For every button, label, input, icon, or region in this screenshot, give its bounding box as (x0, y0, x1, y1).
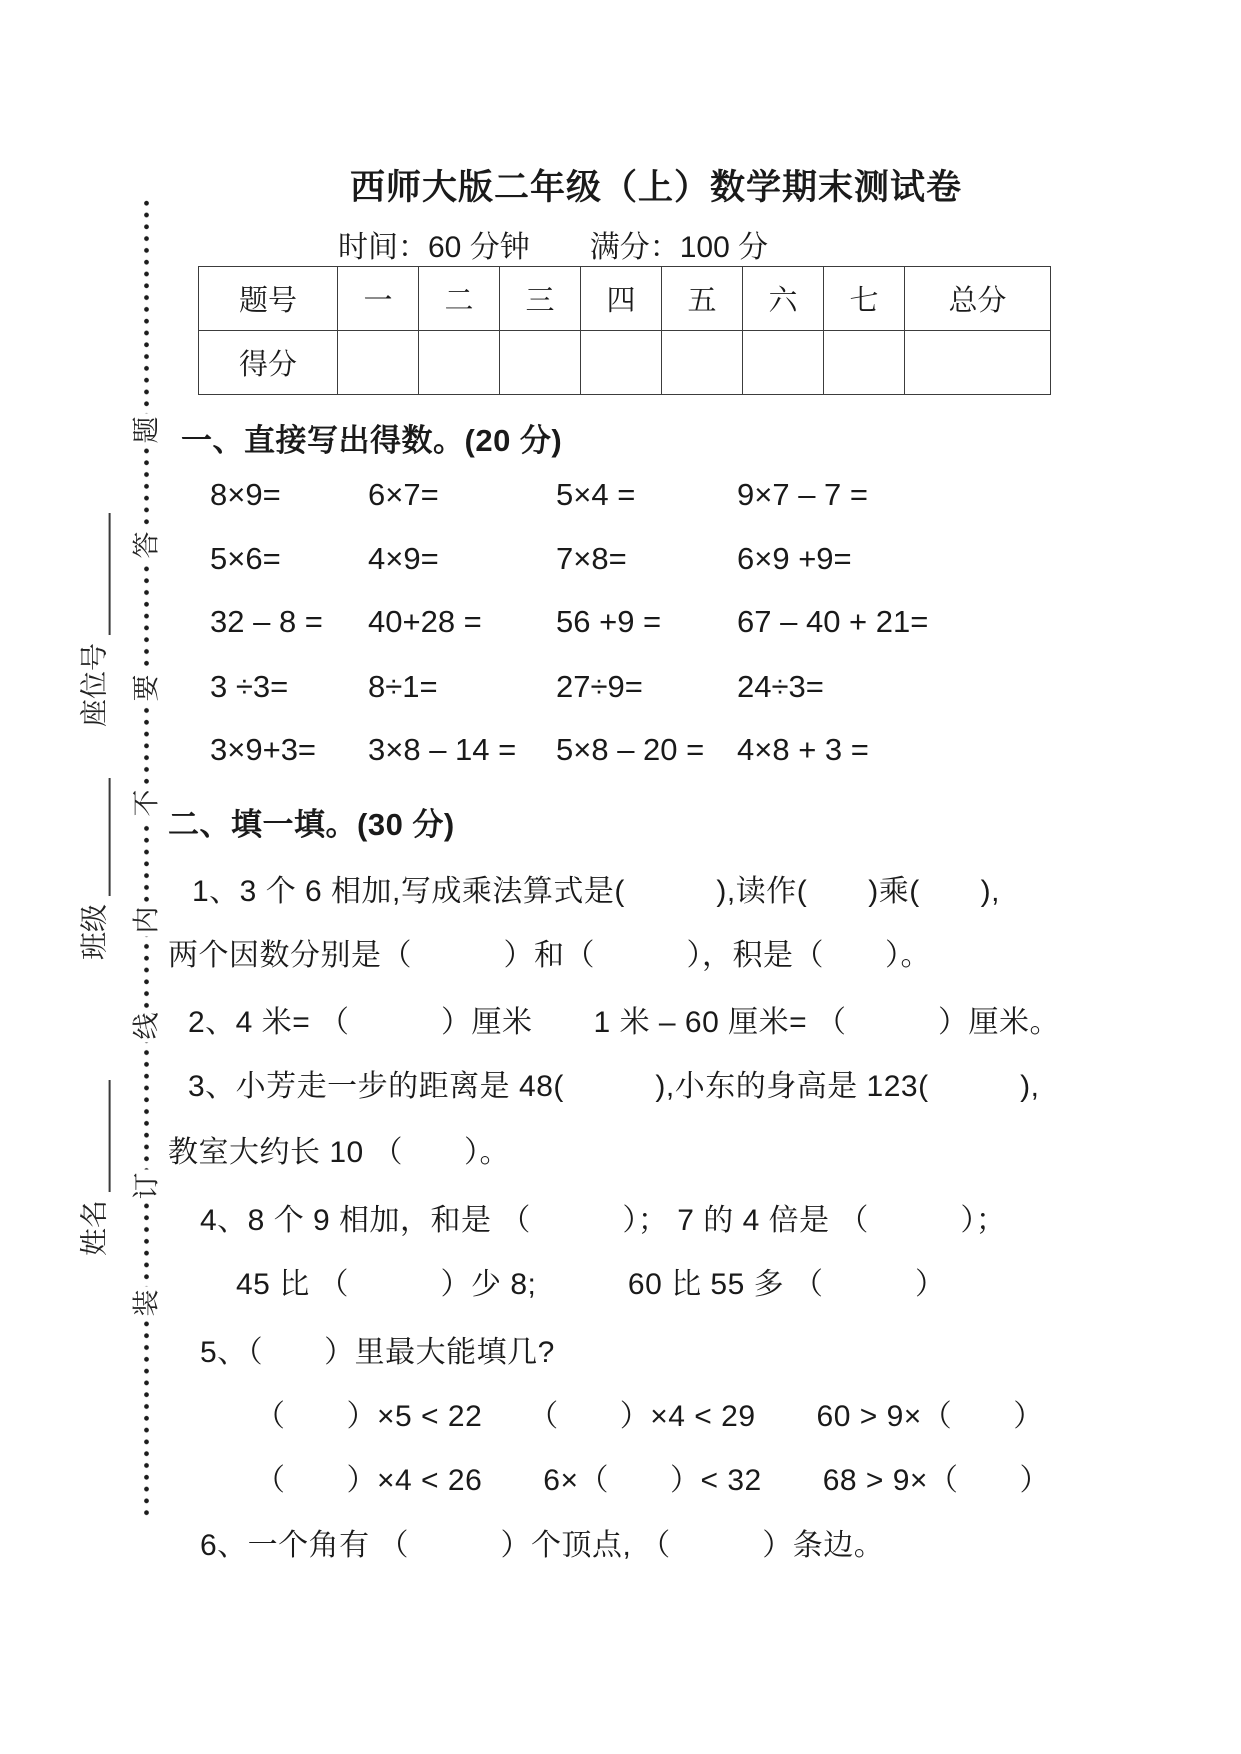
score-cell-4 (581, 331, 662, 395)
binding-char-bu: 不 (128, 787, 167, 820)
equation: 5×8 – 20 = (556, 732, 737, 768)
binding-char-xian: 线 (128, 1010, 167, 1043)
equation: 6×7= (368, 477, 556, 513)
score-cell-3 (500, 331, 581, 395)
equation: 9×7 – 7 = (737, 477, 1060, 513)
seat-number-field: 座位号 (80, 513, 111, 727)
binding-char-da: 答 (128, 529, 167, 562)
score-cell-total (905, 331, 1051, 395)
equation: 8÷1= (368, 669, 556, 705)
fill-q1-line1: 1、3 个 6 相加,写成乘法算式是( ),读作( )乘( ), (192, 866, 1000, 910)
score-table: 题号 一 二 三 四 五 六 七 总分 得分 (198, 266, 1051, 395)
paper-title: 西师大版二年级（上）数学期末测试卷 (350, 160, 962, 210)
class-blank (80, 778, 110, 896)
equation: 5×6= (210, 541, 368, 577)
score-label-cell: 得分 (199, 331, 338, 395)
equation: 7×8= (556, 541, 737, 577)
equation: 24÷3= (737, 669, 1060, 705)
equation: 67 – 40 + 21= (737, 604, 1060, 640)
qnum-col-3: 三 (500, 267, 581, 331)
score-cell-5 (662, 331, 743, 395)
binding-char-ding: 订 (128, 1170, 167, 1203)
qnum-col-1: 一 (338, 267, 419, 331)
qnum-col-total: 总分 (905, 267, 1051, 331)
fill-q4-line2: 45 比 （ ）少 8; 60 比 55 多 （ ） (236, 1259, 945, 1303)
binding-char-nei: 内 (128, 904, 167, 937)
score-table-score-row: 得分 (199, 331, 1051, 395)
fill-q4-line1: 4、8 个 9 相加，和是 （ ）； 7 的 4 倍是 （ ）； (200, 1195, 1006, 1239)
equation: 40+28 = (368, 604, 556, 640)
section1-heading: 一、直接写出得数。(20 分) (181, 415, 562, 460)
name-blank (80, 1080, 110, 1192)
equation: 3×8 – 14 = (368, 732, 556, 768)
fill-q6: 6、一个角有 （ ）个顶点, （ ）条边。 (200, 1520, 884, 1564)
fill-q5: 5、（ ）里最大能填几? (200, 1327, 555, 1371)
equation: 3×9+3= (210, 732, 368, 768)
fill-q3-line2: 教室大约长 10 （ ）。 (168, 1127, 510, 1171)
qnum-label-cell: 题号 (199, 267, 338, 331)
score-cell-6 (743, 331, 824, 395)
equation-row-4: 3 ÷3= 8÷1= 27÷9= 24÷3= (170, 669, 1060, 705)
score-cell-1 (338, 331, 419, 395)
fill-q3-line1: 3、小芳走一步的距离是 48( ),小东的身高是 123( ), (188, 1061, 1039, 1105)
qnum-col-2: 二 (419, 267, 500, 331)
qnum-col-7: 七 (824, 267, 905, 331)
score-cell-2 (419, 331, 500, 395)
equation-row-2: 5×6= 4×9= 7×8= 6×9 +9= (170, 541, 1060, 577)
binding-char-yao: 要 (128, 672, 167, 705)
equation: 5×4 = (556, 477, 737, 513)
fill-q5-line1: （ ）×5 < 22 （ ）×4 < 29 60 > 9×（ ） (255, 1391, 1044, 1435)
class-field: 班级 (80, 778, 111, 960)
section2-heading: 二、填一填。(30 分) (168, 799, 455, 844)
exam-info: 时间：60 分钟 满分：100 分 (338, 222, 768, 266)
qnum-col-4: 四 (581, 267, 662, 331)
fill-q1-line2: 两个因数分别是（ ）和（ ），积是（ ）。 (168, 930, 931, 974)
equation-row-3: 32 – 8 = 40+28 = 56 +9 = 67 – 40 + 21= (170, 604, 1060, 640)
binding-char-ti: 题 (128, 414, 167, 447)
fill-q2: 2、4 米= （ ）厘米 1 米 – 60 厘米= （ ）厘米。 (188, 997, 1060, 1041)
score-cell-7 (824, 331, 905, 395)
name-label: 姓名 (80, 1200, 111, 1256)
fill-q5-line2: （ ）×4 < 26 6×（ ）< 32 68 > 9×（ ） (255, 1455, 1050, 1499)
class-label: 班级 (80, 904, 111, 960)
equation: 32 – 8 = (210, 604, 368, 640)
equation: 3 ÷3= (210, 669, 368, 705)
qnum-col-5: 五 (662, 267, 743, 331)
equation: 56 +9 = (556, 604, 737, 640)
equation-row-1: 8×9= 6×7= 5×4 = 9×7 – 7 = (170, 477, 1060, 513)
equation: 4×9= (368, 541, 556, 577)
equation: 8×9= (210, 477, 368, 513)
name-field: 姓名 (80, 1080, 111, 1256)
seat-number-blank (80, 513, 110, 635)
binding-char-zhuang: 装 (128, 1287, 167, 1320)
equation: 27÷9= (556, 669, 737, 705)
seat-number-label: 座位号 (80, 643, 111, 727)
equation: 4×8 + 3 = (737, 732, 1060, 768)
equation-row-5: 3×9+3= 3×8 – 14 = 5×8 – 20 = 4×8 + 3 = (170, 732, 1060, 768)
score-table-qnum-row: 题号 一 二 三 四 五 六 七 总分 (199, 267, 1051, 331)
qnum-col-6: 六 (743, 267, 824, 331)
equation: 6×9 +9= (737, 541, 1060, 577)
